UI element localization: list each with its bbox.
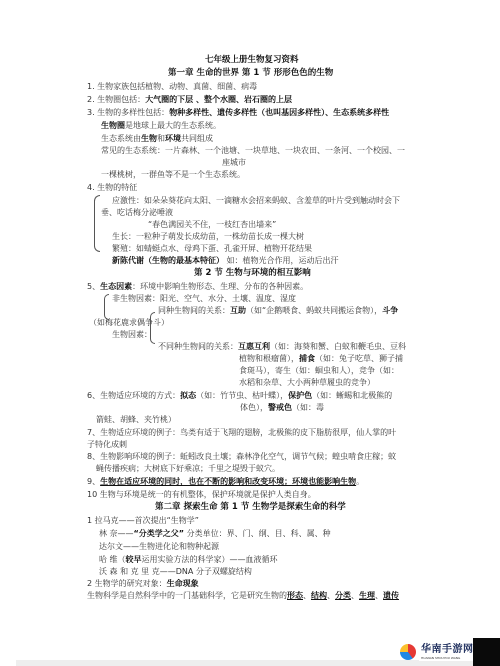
- common-ecosystems-cont: 座城市: [222, 157, 246, 168]
- linnaeus-line: 林 奈——“分类学之父” 分类单位：界、门、纲、目、科、属、种: [99, 528, 331, 539]
- bold-text: 较早: [126, 555, 142, 564]
- underlined-term: 遗传: [383, 591, 399, 600]
- interspecific-cont-1: 植物和根瘤菌），捕食（如：兔子吃草、狮子捕: [239, 353, 403, 364]
- poem-quote: “春色满园关不住，一枝红杏出墙来”: [148, 219, 276, 230]
- text: 生态系统由: [101, 134, 141, 143]
- bold-text: 拟态: [180, 391, 196, 400]
- interspecific-cont-3: 水稻和杂草、大小两种草履虫的竞争）: [239, 377, 375, 388]
- text: （如：兔子吃草、狮子捕: [315, 354, 403, 363]
- item-2-bold: 大气圈的下层 、整个水圈、岩石圈的上层: [145, 95, 292, 104]
- watermark-dark-block: [473, 638, 500, 666]
- text: 2 生物学的研究对象：: [87, 579, 167, 588]
- item-6: 6、生物适应环境的方式：拟态（如：竹节虫、枯叶蝶），保护色（如：蜥蜴和北极熊的: [87, 390, 392, 401]
- item-5: 5、生态因素：环境中影响生物形态、生理、分布的各种因素。: [87, 281, 308, 292]
- separator: 、: [375, 591, 383, 600]
- item-6-cont: 体色），警戒色（如：毒: [240, 402, 324, 413]
- underlined-term: 生理: [359, 591, 375, 600]
- intraspecific-relation: 同种生物间的关系：互助（如“企鹅喂食、蚂蚁共同搬运食物），斗争: [158, 305, 398, 316]
- text: 林 奈——: [99, 529, 134, 538]
- bold-text: 保护色: [288, 391, 312, 400]
- research-object-line: 2 生物学的研究对象：生命现象: [87, 578, 199, 589]
- item-9: 9、生物在适应环境的同时，也在不断的影响和改变环境；环境也能影响生物。: [87, 476, 364, 487]
- text: 和: [157, 134, 165, 143]
- item-8: 8、生物影响环境的例子：蚯蚓改良土壤；森林净化空气，调节气候；蝗虫啃食庄稼；蚊: [87, 451, 396, 462]
- bold-underlined-text: 生物在适应环境的同时，也在不断的影响和改变环境；环境也能影响生物: [100, 477, 356, 486]
- text: 运用实验方法的科学家）——血液循环: [142, 555, 278, 564]
- text: ：环境中影响生物形态、生理、分布的各种因素。: [132, 282, 308, 291]
- document-page: 七年级上册生物复习资料 第一章 生命的世界 第 1 节 形形色色的生物 1. 生…: [0, 0, 500, 666]
- underlined-term: 分类: [335, 591, 351, 600]
- text: 。: [356, 477, 364, 486]
- bold-text: 生物: [141, 134, 157, 143]
- watermark-text: 华南手游网 HUANAN SHOUYOU WANG: [419, 643, 476, 661]
- metabolism-bold: 新陈代谢（生物的最基本特征）: [112, 256, 224, 265]
- bold-text: 互助: [230, 306, 246, 315]
- not-ecosystem-note: 一棵桃树，一群鱼等不是一个生态系统。: [101, 169, 245, 180]
- metabolism-rest: 如：植物光合作用，运动后出汗: [224, 256, 339, 265]
- bold-text: 警戒色: [268, 403, 292, 412]
- competition-example: （如梅花鹿求偶争斗）: [89, 317, 169, 328]
- item-4: 4. 生物的特征: [87, 182, 137, 193]
- text: 不同种生物间的关系：: [158, 342, 238, 351]
- item-2: 2. 生物圈包括：大气圈的下层 、整个水圈、岩石圈的上层: [87, 94, 292, 105]
- item-1: 1. 生物家族包括植物、动物、真菌、细菌、病毒: [87, 81, 257, 92]
- common-ecosystems: 常见的生态系统：一片森林、一个池塘、一块草地、一块农田、一条河、一个校园、一: [101, 145, 405, 156]
- watermark-subtitle: HUANAN SHOUYOU WANG: [421, 656, 474, 660]
- text: 9、: [87, 477, 100, 486]
- biosphere-rest: 是地球上最大的生态系统。: [125, 121, 221, 130]
- interspecific-relation: 不同种生物间的关系：互惠互利（如：海葵和蟹、白蚁和鞭毛虫、豆科: [158, 341, 406, 352]
- irritability-line: 应激性：如朵朵葵花向太阳、一滴糖水会招来蚂蚁、含羞草的叶片受到触动时会下: [112, 195, 400, 206]
- biosphere-bold: 生物圈: [101, 121, 125, 130]
- abiotic-factors: 非生物因素：阳光、空气、水分、土壤、温度、湿度: [112, 293, 296, 304]
- metabolism-line: 新陈代谢（生物的最基本特征） 如：植物光合作用，运动后出汗: [112, 255, 339, 266]
- lamarck-line: 1 拉马克——首次提出“生物学”: [87, 515, 199, 526]
- text: 5、: [87, 282, 100, 291]
- underlined-term: 结构: [311, 591, 327, 600]
- text: 哈 维（: [99, 555, 126, 564]
- watermark-logo-icon: [400, 644, 416, 660]
- item-7-cont: 子特化成刺: [87, 439, 127, 450]
- bold-text: 互惠互利: [238, 342, 270, 351]
- underlined-term: 形态: [287, 591, 303, 600]
- growth-line: 生长：一粒种子萌发长成幼苗，一株幼苗长成一棵大树: [112, 231, 304, 242]
- text: （如：毒: [292, 403, 324, 412]
- item-8-cont: 蝇传播疾病；大树底下好乘凉；千里之堤毁于蚁穴。: [96, 463, 280, 474]
- item-7: 7、生物适应环境的例子：鸟类有适于飞翔的翅膀，北极熊的皮下脂肪很厚，仙人掌的叶: [87, 427, 396, 438]
- biology-definition-line: 生物科学是自然科学中的一门基础科学，它是研究生物的形态、结构、分类、生理、遗传: [87, 590, 399, 601]
- chapter-1-heading: 第一章 生命的世界 第 1 节 形形色色的生物: [168, 68, 333, 79]
- text: 植物和根瘤菌），: [239, 354, 299, 363]
- brace-icon: [94, 195, 100, 252]
- bold-text: 斗争: [382, 306, 398, 315]
- text: 体色），: [240, 403, 268, 412]
- darwin-line: 达尔文——生物进化论和物种起源: [99, 541, 219, 552]
- text: （如：海葵和蟹、白蚁和鞭毛虫、豆科: [270, 342, 406, 351]
- bold-text: 环境: [165, 134, 181, 143]
- text: （如“企鹅喂食、蚂蚁共同搬运食物），: [246, 306, 382, 315]
- item-3-label: 3. 生物的多样性包括：: [87, 108, 169, 117]
- biosphere-line: 生物圈是地球上最大的生态系统。: [101, 120, 221, 131]
- text: 6、生物适应环境的方式：: [87, 391, 180, 400]
- text: 生物科学是自然科学中的一门基础科学，它是研究生物的: [87, 591, 287, 600]
- harvey-line: 哈 维（较早运用实验方法的科学家）——血液循环: [99, 554, 278, 565]
- irritability-cont: 垂、吃话梅分泌唾液: [101, 207, 173, 218]
- watson-crick-line: 沃 森 和 克 里 克——DNA 分子双螺旋结构: [99, 566, 252, 577]
- text: （如：竹节虫、枯叶蝶），: [196, 391, 288, 400]
- text: 分类单位：界、门、纲、目、科、属、种: [184, 529, 331, 538]
- watermark-name: 华南手游网: [421, 644, 474, 656]
- bold-text: “分类学之父”: [134, 529, 185, 538]
- item-3-bold: 物种多样性、遗传多样性（也叫基因多样性）、生态系统多样性: [169, 108, 389, 117]
- biotic-factors-label: 生物因素：: [112, 329, 152, 340]
- text: 同种生物间的关系：: [158, 306, 230, 315]
- bold-text: 生态因素: [100, 282, 132, 291]
- interspecific-cont-2: 食斑马），寄生（如：蛔虫和人），竞争（如：: [239, 365, 399, 376]
- separator: 、: [351, 591, 359, 600]
- item-3: 3. 生物的多样性包括：物种多样性、遗传多样性（也叫基因多样性）、生态系统多样性: [87, 107, 389, 118]
- bold-text: 生命现象: [167, 579, 199, 588]
- item-6-cont-2: 箭蛙、胡蜂、夹竹桃）: [96, 414, 176, 425]
- text: 共同组成: [181, 134, 213, 143]
- item-10: 10 生物与环境是统一的有机整体，保护环境就是保护人类自身。: [87, 489, 316, 500]
- bold-text: 捕食: [299, 354, 315, 363]
- document-title: 七年级上册生物复习资料: [205, 55, 299, 66]
- separator: 、: [327, 591, 335, 600]
- chapter-2-heading: 第二章 探索生命 第 1 节 生物学是探索生命的科学: [155, 502, 346, 513]
- text: （如：蜥蜴和北极熊的: [312, 391, 392, 400]
- ecosystem-composition: 生态系统由生物和环境共同组成: [101, 133, 213, 144]
- reproduction-line: 繁殖：如蜻蜓点水、母鸡下蛋、孔雀开屏、植物开花结果: [112, 243, 312, 254]
- item-2-label: 2. 生物圈包括：: [87, 95, 145, 104]
- section-2-heading: 第 2 节 生物与环境的相互影响: [194, 268, 311, 279]
- separator: 、: [303, 591, 311, 600]
